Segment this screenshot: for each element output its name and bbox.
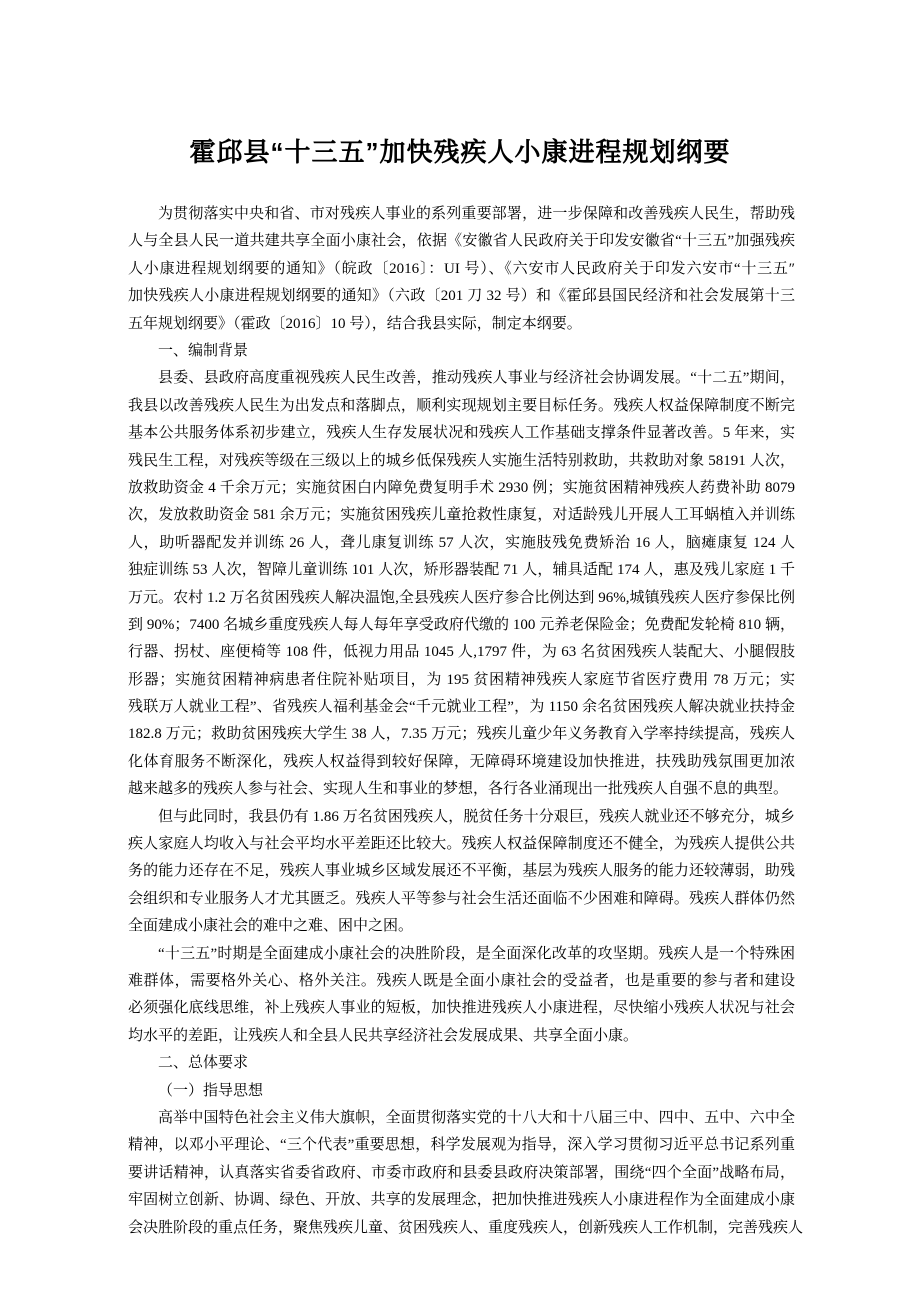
document-body: 为贯彻落实中央和省、市对残疾人事业的系列重要部署，进一步保障和改善残疾人民生，帮… [128,201,795,1242]
guiding-ideology-paragraph-line-3: 要讲话精神，认真落实省委省政府、市委市政府和县委县政府决策部署，围绕“四个全面”… [128,1160,795,1187]
guiding-ideology-paragraph-line-2: 精神，以邓小平理论、“三个代表”重要思想，科学发展观为指导，深入学习贯彻习近平总… [128,1132,795,1159]
intro-paragraph-line-2: 人与全县人民一道共建共享全面小康社会，依据《安徽省人民政府关于印发安徽省“十三五… [128,228,795,255]
background-achievements-paragraph-line-1: 县委、县政府高度重视残疾人民生改善，推动残疾人事业与经济社会协调发展。“十二五”… [128,365,795,392]
section-1-heading: 一、编制背景 [128,338,795,365]
document-page: 霍邱县“十三五”加快残疾人小康进程规划纲要 为贯彻落实中央和省、市对残疾人事业的… [0,0,920,1301]
background-achievements-paragraph-line-4: 残民生工程，对残疾等级在三级以上的城乡低保残疾人实施生活特别救助，共救助对象 5… [128,448,795,475]
background-achievements-paragraph-line-7: 人，助听器配发并训练 26 人，聋儿康复训练 57 人次，实施肢残免费矫治 16… [128,530,795,557]
background-achievements-paragraph-line-3: 基本公共服务体系初步建立，残疾人生存发展状况和残疾人工作基础支撑条件显著改善。5… [128,420,795,447]
intro-paragraph-line-1: 为贯彻落实中央和省、市对残疾人事业的系列重要部署，进一步保障和改善残疾人民生，帮… [128,201,795,228]
challenges-paragraph-line-4: 会组织和专业服务人才尤其匮乏。残疾人平等参与社会生活还面临不少困难和障碍。残疾人… [128,886,795,913]
background-achievements-paragraph-line-16: 越来越多的残疾人参与社会、实现人生和事业的梦想，各行各业涌现出一批残疾人自强不息… [128,776,795,803]
background-achievements-paragraph-line-11: 行器、拐杖、座便椅等 108 件，低视力用品 1045 人,1797 件，为 6… [128,639,795,666]
guiding-ideology-paragraph-line-4: 牢固树立创新、协调、绿色、开放、共享的发展理念，把加快推进残疾人小康进程作为全面… [128,1187,795,1214]
thirteenth-five-period-paragraph-line-4: 均水平的差距，让残疾人和全县人民共享经济社会发展成果、共享全面小康。 [128,1023,795,1050]
background-achievements-paragraph-line-2: 我县以改善残疾人民生为出发点和落脚点，顺利实现规划主要目标任务。残疾人权益保障制… [128,393,795,420]
background-achievements-paragraph-line-13: 残联万人就业工程”、省残疾人福利基金会“千元就业工程”，为 1150 余名贫困残… [128,694,795,721]
challenges-paragraph-line-2: 疾人家庭人均收入与社会平均水平差距还比较大。残疾人权益保障制度还不健全，为残疾人… [128,831,795,858]
background-achievements-paragraph-line-12: 形器；实施贫困精神病患者住院补贴项目，为 195 贫困精神残疾人家庭节省医疗费用… [128,667,795,694]
background-achievements-paragraph-line-15: 化体育服务不断深化，残疾人权益得到较好保障，无障碍环境建设加快推进，扶残助残氛围… [128,749,795,776]
intro-paragraph-line-4: 加快残疾人小康进程规划纲要的通知》（六政〔201 刀 32 号）和《霍邱县国民经… [128,283,795,310]
background-achievements-paragraph-line-10: 到 90%；7400 名城乡重度残疾人每人每年享受政府代缴的 100 元养老保险… [128,612,795,639]
thirteenth-five-period-paragraph-line-2: 难群体，需要格外关心、格外关注。残疾人既是全面小康社会的受益者，也是重要的参与者… [128,968,795,995]
guiding-ideology-paragraph-line-1: 高举中国特色社会主义伟大旗帜，全面贯彻落实党的十八大和十八届三中、四中、五中、六… [128,1105,795,1132]
challenges-paragraph-line-5: 全面建成小康社会的难中之难、困中之困。 [128,913,795,940]
background-achievements-paragraph-line-6: 次，发放救助资金 581 余万元；实施贫困残疾儿童抢救性康复，对适龄残儿开展人工… [128,502,795,529]
background-achievements-paragraph-line-14: 182.8 万元；救助贫困残疾大学生 38 人，7.35 万元；残疾儿童少年义务… [128,721,795,748]
background-achievements-paragraph-line-9: 万元。农村 1.2 万名贫困残疾人解决温饱,全县残疾人医疗参合比例达到 96%,… [128,585,795,612]
challenges-paragraph-line-3: 务的能力还存在不足，残疾人事业城乡区域发展还不平衡，基层为残疾人服务的能力还较薄… [128,858,795,885]
background-achievements-paragraph-line-5: 放救助资金 4 千余万元；实施贫困白内障免费复明手术 2930 例；实施贫困精神… [128,475,795,502]
guiding-ideology-paragraph-line-5: 会决胜阶段的重点任务，聚焦残疾儿童、贫困残疾人、重度残疾人，创新残疾人工作机制，… [128,1215,795,1242]
thirteenth-five-period-paragraph-line-1: “十三五”时期是全面建成小康社会的决胜阶段，是全面深化改革的攻坚期。残疾人是一个… [128,941,795,968]
section-2-1-heading: （一）指导思想 [128,1078,795,1105]
document-title: 霍邱县“十三五”加快残疾人小康进程规划纲要 [0,136,920,168]
section-2-heading: 二、总体要求 [128,1050,795,1077]
thirteenth-five-period-paragraph-line-3: 必须强化底线思维，补上残疾人事业的短板，加快推进残疾人小康进程，尽快缩小残疾人状… [128,995,795,1022]
intro-paragraph-line-3: 人小康进程规划纲要的通知》（皖政〔2016〕：UI 号）、《六安市人民政府关于印… [128,256,795,283]
intro-paragraph-line-5: 五年规划纲要》（霍政〔2016〕10 号），结合我县实际，制定本纲要。 [128,311,795,338]
background-achievements-paragraph-line-8: 独症训练 53 人次，智障儿童训练 101 人次，矫形器装配 71 人，辅具适配… [128,557,795,584]
challenges-paragraph-line-1: 但与此同时，我县仍有 1.86 万名贫困残疾人，脱贫任务十分艰巨，残疾人就业还不… [128,804,795,831]
